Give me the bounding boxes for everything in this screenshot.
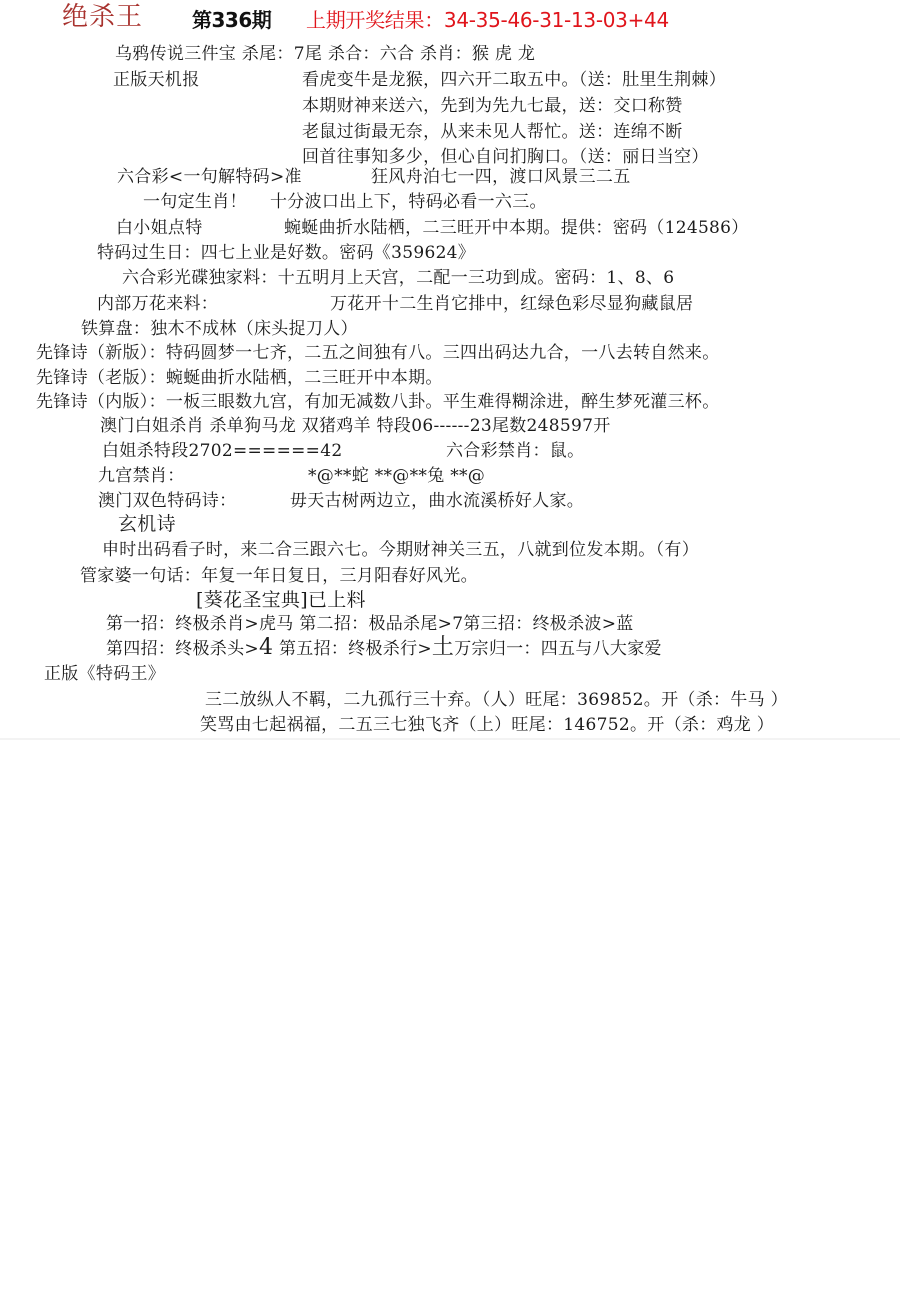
shuangse-text: 毋天古树两边立，曲水流溪桥好人家。 — [290, 491, 584, 511]
tiesuanpan-line: 铁算盘：独木不成林（床头捉刀人） — [81, 319, 358, 339]
shuangse-label: 澳门双色特码诗： — [98, 491, 236, 511]
xuanji-text: 申时出码看子时，来二合三跟六七。今期财神关三五，八就到位发本期。（有） — [102, 540, 699, 560]
wanhua-text: 万花开十二生肖它排中，红绿色彩尽显狗藏鼠居 — [330, 294, 693, 314]
jiugong-text: *@**蛇 **@**兔 **@ — [308, 466, 485, 486]
zhao-2-part-c: 万宗归一：四五与八大家爱 — [454, 639, 662, 659]
kuihua-title: [葵花圣宝典]已上料 — [196, 590, 366, 610]
shengxiao-label: 一句定生肖！ — [143, 192, 247, 212]
last-result-label: 上期开奖结果： — [306, 8, 444, 32]
wuya-line: 乌鸦传说三件宝 杀尾：7尾 杀合：六合 杀肖：猴 虎 龙 — [115, 44, 535, 64]
yiju-label: 六合彩<一句解特码>准 — [117, 167, 302, 187]
guangdie-line: 六合彩光碟独家料：十五明月上天宫，二配一三功到成。密码：1、8、6 — [122, 268, 674, 288]
zhao-2-part-a: 第四招：终极杀头> — [106, 639, 259, 659]
zhao-2-part-b: 第五招：终极杀行> — [273, 639, 432, 659]
shengri-line: 特码过生日：四七上业是好数。密码《359624》 — [97, 243, 475, 263]
yiju-text: 狂风舟泊七一四，渡口风景三二五 — [371, 167, 631, 187]
zhao-2-number: 4 — [259, 635, 273, 660]
jinxiao-line: 六合彩禁肖：鼠。 — [446, 441, 584, 461]
last-result: 上期开奖结果：34-35-46-31-13-03+44 — [306, 8, 669, 32]
baijie-teduan: 白姐杀特段2702======42 — [102, 441, 342, 461]
last-result-numbers: 34-35-46-31-13-03+44 — [444, 8, 669, 32]
shengxiao-text: 十分波口出上下，特码必看一六三。 — [270, 192, 547, 212]
xianfeng-inner-line: 先锋诗（内版）：一板三眼数九宫，有加无减数八卦。平生难得糊涂进，醉生梦死灌三杯。 — [36, 392, 720, 412]
wanhua-label: 内部万花来料： — [97, 294, 218, 314]
baixiaojie-label: 白小姐点特 — [116, 218, 203, 238]
guanjiapo-line: 管家婆一句话：年复一年日复日，三月阳春好风光。 — [80, 566, 478, 586]
zhao-2-element: 土 — [432, 635, 454, 660]
tianji-line-3: 老鼠过街最无奈，从来未见人帮忙。送：连绵不断 — [302, 122, 683, 142]
aomen-baijie-line: 澳门白姐杀肖 杀单狗马龙 双猪鸡羊 特段06------23尾数248597开 — [100, 416, 611, 436]
zhao-line-2: 第四招：终极杀头>4 第五招：终极杀行>土万宗归一：四五与八大家爱 — [106, 638, 662, 659]
temawang-label: 正版《特码王》 — [44, 664, 165, 684]
tianji-line-1: 看虎变牛是龙猴，四六开二取五中。（送：肚里生荆棘） — [302, 70, 726, 90]
document-page: 绝杀王 第336期 上期开奖结果：34-35-46-31-13-03+44 乌鸦… — [0, 0, 900, 740]
tianji-label: 正版天机报 — [113, 70, 200, 90]
xianfeng-old-line: 先锋诗（老版）：蜿蜒曲折水陆栖，二三旺开中本期。 — [36, 368, 443, 388]
page-edge-divider — [0, 738, 900, 740]
temawang-line-2: 笑骂由七起祸福，二五三七独飞齐（上）旺尾：146752。开（杀：鸡龙 ） — [200, 715, 774, 735]
xuanji-title: 玄机诗 — [118, 514, 176, 534]
zhao-line-1: 第一招：终极杀肖>虎马 第二招：极品杀尾>7第三招：终极杀波>蓝 — [106, 614, 634, 634]
tianji-line-2: 本期财神来送六，先到为先九七最，送：交口称赞 — [302, 96, 683, 116]
jiugong-label: 九宫禁肖： — [98, 466, 185, 486]
xianfeng-new-line: 先锋诗（新版）：特码圆梦一七齐，二五之间独有八。三四出码达九合，一八去转自然来。 — [36, 343, 720, 363]
issue-number: 第336期 — [192, 8, 271, 32]
temawang-line-1: 三二放纵人不羁，二九孤行三十弃。（人）旺尾：369852。开（杀：牛马 ） — [205, 690, 788, 710]
tianji-line-4: 回首往事知多少，但心自问扪胸口。（送：丽日当空） — [302, 147, 709, 167]
logo-title: 绝杀王 — [62, 2, 143, 32]
baixiaojie-text: 蜿蜒曲折水陆栖，二三旺开中本期。提供：密码（124586） — [284, 218, 749, 238]
